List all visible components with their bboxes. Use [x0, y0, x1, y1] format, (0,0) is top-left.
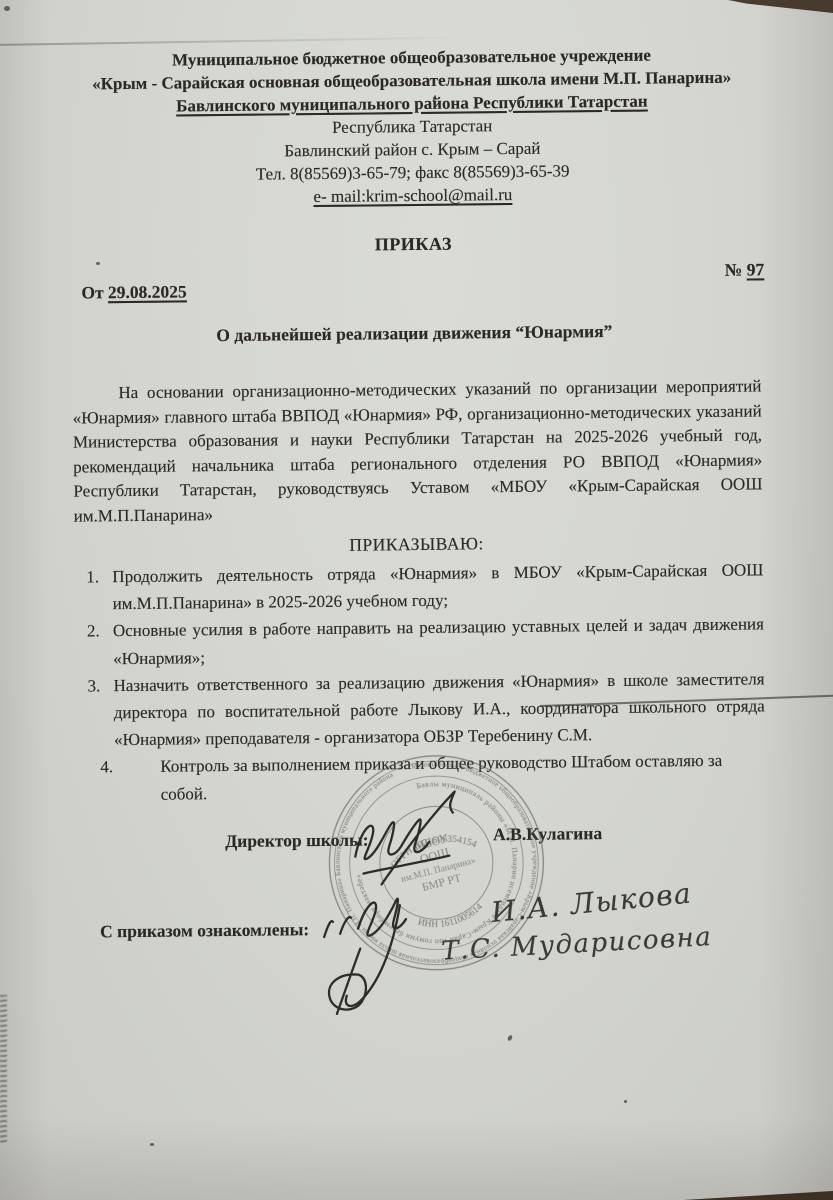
order-preamble: На основании организационно-методических… — [72, 374, 763, 528]
order-item-3: 3. Назначить ответственного за реализаци… — [87, 665, 765, 754]
order-item-1-text: Продолжить деятельность отряда «Юнармия»… — [112, 556, 764, 617]
order-item-1-marker: 1. — [86, 563, 113, 618]
resolution-word: ПРИКАЗЫВАЮ: — [0, 530, 833, 560]
order-date-value: 29.08.2025 — [108, 281, 187, 302]
order-item-1: 1. Продолжить деятельность отряда «Юнарм… — [86, 556, 764, 617]
order-number: № 97 — [725, 259, 765, 280]
order-item-2-text: Основные усилия в работе направить на ре… — [113, 611, 765, 672]
order-item-2: 2. Основные усилия в работе направить на… — [87, 611, 765, 672]
order-date-label: От — [81, 282, 103, 302]
order-number-label: № — [725, 260, 743, 280]
order-subject: О дальнейшей реализации движения “Юнарми… — [0, 319, 831, 349]
order-number-value: 97 — [747, 259, 765, 279]
document-type-title: ПРИКАЗ — [0, 230, 830, 260]
order-item-4-marker: 4. — [100, 754, 123, 809]
order-item-3-marker: 3. — [87, 672, 114, 754]
order-document: Муниципальное бюджетное общеобразователь… — [0, 0, 833, 1200]
acknowledged-label: С приказом ознакомлены: — [100, 919, 309, 942]
order-item-3-text: Назначить ответственного за реализацию д… — [113, 665, 765, 753]
scanned-order-photo: Муниципальное бюджетное общеобразователь… — [0, 0, 833, 1200]
order-date: От 29.08.2025 — [81, 281, 187, 303]
order-meta: № 97 От 29.08.2025 — [0, 255, 831, 316]
order-item-2-marker: 2. — [87, 618, 114, 673]
letterhead: Муниципальное бюджетное общеобразователь… — [0, 0, 829, 211]
